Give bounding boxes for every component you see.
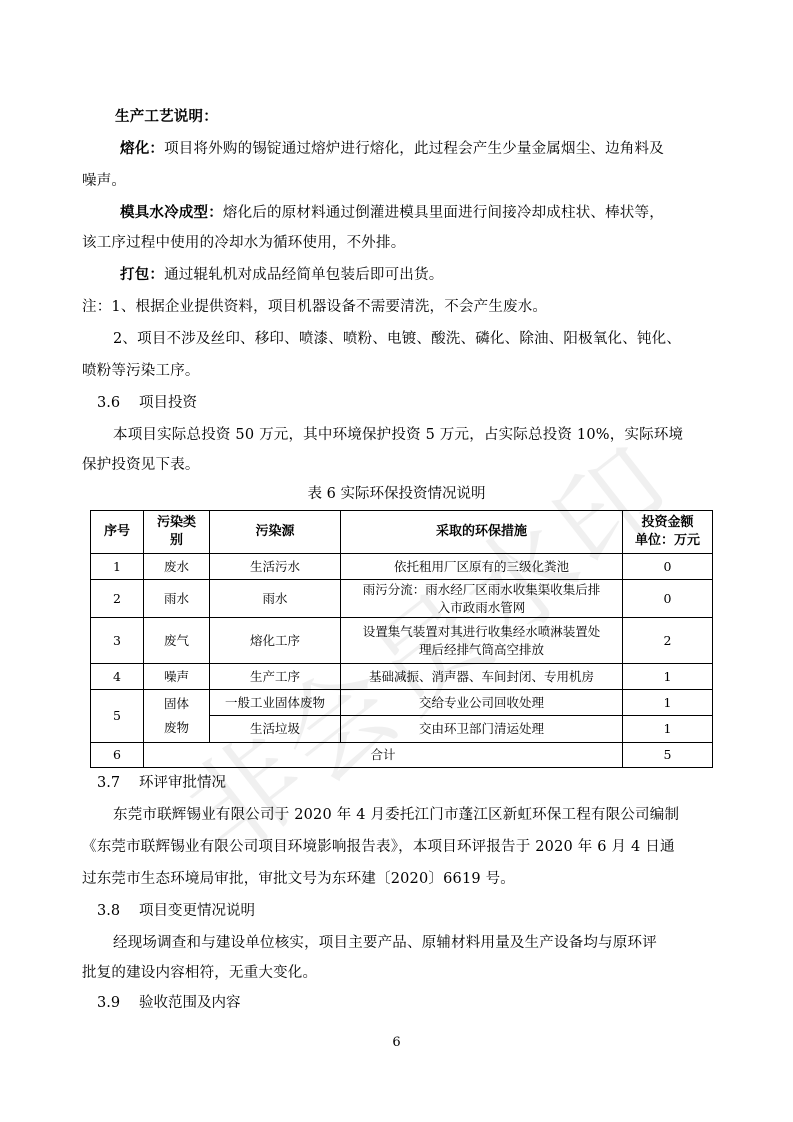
section-title: 项目变更情况说明 [139, 903, 255, 919]
cell-no: 3 [91, 618, 144, 664]
step-label: 打包： [120, 266, 164, 283]
approval-paragraph-cont: 《东莞市联辉锡业有限公司项目环境影响报告表》，本项目环评报告于 2020 年 6… [82, 837, 675, 857]
investment-table: 序号 污染类别 污染源 采取的环保措施 投资金额单位：万元 1 废水 生活污水 … [90, 510, 713, 768]
step-label: 熔化： [120, 140, 164, 157]
process-title: 生产工艺说明： [115, 107, 218, 127]
cell-category: 废水 [144, 554, 210, 580]
cell-amount: 0 [623, 580, 713, 618]
table-row: 3 废气 熔化工序 设置集气装置对其进行收集经水喷淋装置处理后经排气筒高空排放 … [91, 618, 713, 664]
cell-measure: 雨污分流：雨水经厂区雨水收集渠收集后排入市政雨水管网 [341, 580, 623, 618]
cell-category: 废气 [144, 618, 210, 664]
table-total-row: 6 合计 5 [91, 743, 713, 768]
header-amount: 投资金额单位：万元 [623, 511, 713, 554]
cell-amount: 0 [623, 554, 713, 580]
cell-category: 固体废物 [144, 690, 210, 743]
cell-no: 2 [91, 580, 144, 618]
note-1: 注：1、根据企业提供资料，项目机器设备不需要清洗，不会产生废水。 [82, 297, 547, 317]
cell-category: 噪声 [144, 664, 210, 690]
cell-total-label: 合计 [144, 743, 623, 768]
cell-measure: 交给专业公司回收处理 [341, 690, 623, 716]
cell-amount: 1 [623, 690, 713, 716]
cell-measure: 交由环卫部门清运处理 [341, 716, 623, 743]
section-number: 3.7 [97, 773, 139, 793]
table-caption: 表 6 实际环保投资情况说明 [0, 484, 793, 504]
process-step-melting: 熔化：项目将外购的锡锭通过熔炉进行熔化，此过程会产生少量金属烟尘、边角料及 [120, 139, 664, 159]
document-page: 非会员水印 生产工艺说明： 熔化：项目将外购的锡锭通过熔炉进行熔化，此过程会产生… [0, 0, 793, 1122]
cell-measure: 设置集气装置对其进行收集经水喷淋装置处理后经排气筒高空排放 [341, 618, 623, 664]
cell-amount: 1 [623, 664, 713, 690]
cell-source: 生活垃圾 [210, 716, 341, 743]
cell-measure: 依托租用厂区原有的三级化粪池 [341, 554, 623, 580]
step-text: 通过辊轧机对成品经简单包装后即可出货。 [164, 267, 443, 283]
process-step-packing: 打包：通过辊轧机对成品经简单包装后即可出货。 [120, 265, 443, 285]
note-2: 2、项目不涉及丝印、移印、喷漆、喷粉、电镀、酸洗、磷化、除油、阳极氧化、钝化、 [113, 329, 681, 349]
header-measure: 采取的环保措施 [341, 511, 623, 554]
process-step-melting-cont: 噪声。 [82, 171, 126, 191]
section-number: 3.6 [97, 393, 139, 413]
investment-paragraph: 本项目实际总投资 50 万元，其中环境保护投资 5 万元，占实际总投资 10%，… [113, 425, 683, 445]
table-row: 1 废水 生活污水 依托租用厂区原有的三级化粪池 0 [91, 554, 713, 580]
header-source: 污染源 [210, 511, 341, 554]
table-row: 4 噪声 生产工序 基础减振、消声器、车间封闭、专用机房 1 [91, 664, 713, 690]
cell-no: 4 [91, 664, 144, 690]
step-text: 项目将外购的锡锭通过熔炉进行熔化，此过程会产生少量金属烟尘、边角料及 [164, 141, 664, 157]
cell-total-amount: 5 [623, 743, 713, 768]
cell-amount: 1 [623, 716, 713, 743]
step-text: 熔化后的原材料通过倒灌进模具里面进行间接冷却成柱状、棒状等， [223, 205, 664, 221]
header-category: 污染类别 [144, 511, 210, 554]
cell-source: 生产工序 [210, 664, 341, 690]
cell-no: 5 [91, 690, 144, 743]
approval-paragraph-cont2: 过东莞市生态环境局审批，审批文号为东环建〔2020〕6619 号。 [82, 869, 515, 889]
cell-source: 熔化工序 [210, 618, 341, 664]
cell-source: 雨水 [210, 580, 341, 618]
page-number: 6 [0, 1035, 793, 1050]
section-number: 3.8 [97, 901, 139, 921]
cell-category: 雨水 [144, 580, 210, 618]
section-heading-3-6: 3.6项目投资 [97, 393, 197, 413]
cell-no: 6 [91, 743, 144, 768]
investment-paragraph-cont: 保护投资见下表。 [82, 455, 200, 475]
section-title: 项目投资 [139, 395, 197, 411]
cell-no: 1 [91, 554, 144, 580]
table-row: 5 固体废物 一般工业固体废物 交给专业公司回收处理 1 [91, 690, 713, 716]
cell-source: 生活污水 [210, 554, 341, 580]
section-heading-3-7: 3.7环评审批情况 [97, 773, 226, 793]
change-paragraph-cont: 批复的建设内容相符，无重大变化。 [82, 963, 317, 983]
change-paragraph: 经现场调查和与建设单位核实，项目主要产品、原辅材料用量及生产设备均与原环评 [113, 933, 657, 953]
cell-measure: 基础减振、消声器、车间封闭、专用机房 [341, 664, 623, 690]
section-title: 验收范围及内容 [139, 995, 241, 1011]
table-header-row: 序号 污染类别 污染源 采取的环保措施 投资金额单位：万元 [91, 511, 713, 554]
section-heading-3-9: 3.9验收范围及内容 [97, 993, 241, 1013]
note-2-cont: 喷粉等污染工序。 [82, 361, 200, 381]
cell-source: 一般工业固体废物 [210, 690, 341, 716]
section-heading-3-8: 3.8项目变更情况说明 [97, 901, 255, 921]
process-step-molding-cont: 该工序过程中使用的冷却水为循环使用，不外排。 [82, 233, 405, 253]
section-title: 环评审批情况 [139, 775, 226, 791]
section-number: 3.9 [97, 993, 139, 1013]
step-label: 模具水冷成型： [120, 204, 223, 221]
cell-amount: 2 [623, 618, 713, 664]
process-step-molding: 模具水冷成型：熔化后的原材料通过倒灌进模具里面进行间接冷却成柱状、棒状等， [120, 203, 664, 223]
table-row: 2 雨水 雨水 雨污分流：雨水经厂区雨水收集渠收集后排入市政雨水管网 0 [91, 580, 713, 618]
header-no: 序号 [91, 511, 144, 554]
approval-paragraph: 东莞市联辉锡业有限公司于 2020 年 4 月委托江门市蓬江区新虹环保工程有限公… [113, 805, 679, 825]
